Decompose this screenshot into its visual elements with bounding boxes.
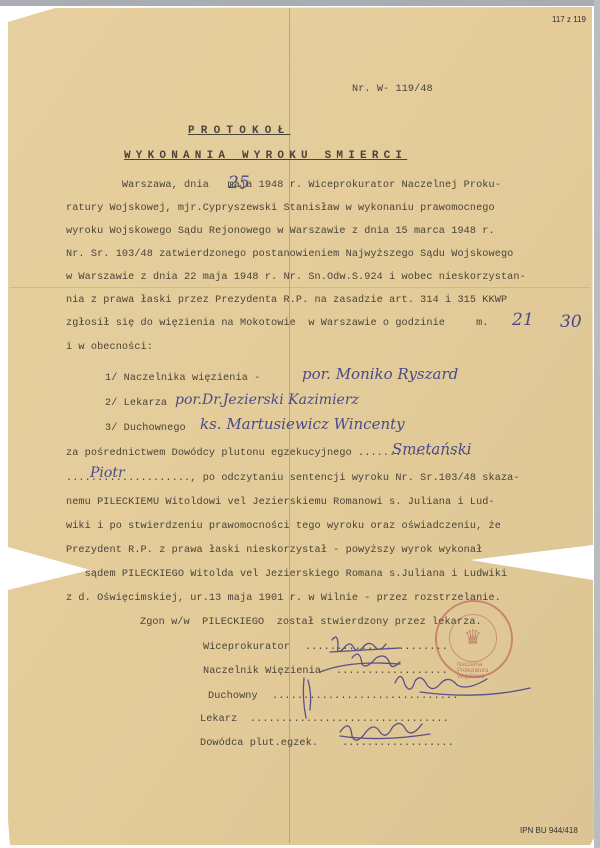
handwritten-hour: 21 [512,310,534,330]
body2-line-3: nemu PILECKIEMU Witoldowi vel Jezierskie… [66,497,495,508]
body-line-3: wyroku Wojskowego Sądu Rejonowego w Wars… [66,226,495,237]
document-title: PROTOKOŁ [188,125,290,137]
handwritten-priest: ks. Martusiewicz Wincenty [200,415,405,433]
body2-line-7: z d. Oświęcimskiej, ur.13 maja 1901 r. w… [66,593,501,604]
body-line-2: ratury Wojskowej, mjr.Cypryszewski Stani… [66,203,495,214]
presence-item-3: 3/ Duchownego [105,423,192,434]
signature-label-vice-prosecutor: Wiceprokurator [203,642,290,653]
handwritten-prison-chief: por. Moniko Ryszard [302,365,458,383]
archive-reference: IPN BU 944/418 [520,826,578,835]
presence-item-1: 1/ Naczelnika więzienia - [105,373,267,384]
body-line-4: Nr. Sr. 103/48 zatwierdzonego postanowie… [66,249,513,260]
handwritten-day: 25 [228,173,250,193]
body-line-7: zgłosił się do więzienia na Mokotowie w … [66,318,489,329]
document-subtitle: WYKONANIA WYROKU SMIERCI [124,150,407,162]
presence-item-2: 2/ Lekarza [105,398,173,409]
handwritten-squad-commander-name: Piotr [90,465,125,481]
fold-line-horizontal [10,287,590,288]
signature-label-priest: Duchowny [208,691,258,702]
body-line-6: nia z prawa łaski przez Prezydenta R.P. … [66,295,507,306]
document-page: 117 z 119 Nr. W- 119/48 PROTOKOŁ WYKONAN… [0,0,600,848]
body2-line-5: Prezydent R.P. z prawa łaski nieskorzyst… [66,545,482,556]
death-confirmation: Zgon w/w PILECKIEGO został stwierdzony p… [140,617,482,628]
handwritten-minute: 30 [560,312,582,332]
page-counter: 117 z 119 [552,15,586,24]
body2-line-6: sądem PILECKIEGO Witolda vel Jezierskieg… [66,569,507,580]
body-line-5: w Warszawie z dnia 22 maja 1948 r. Nr. S… [66,272,526,283]
body2-line-4: wiki i po stwierdzeniu prawomocności teg… [66,521,501,532]
handwritten-signatures [300,628,560,758]
body2-line-2: ...................., po odczytaniu sent… [66,473,520,484]
document-number: Nr. W- 119/48 [352,84,433,95]
signature-label-doctor: Lekarz [200,714,237,725]
body-line-8: i w obecności: [66,342,153,353]
handwritten-doctor: por.Dr.Jezierski Kazimierz [175,392,359,408]
body-line-1: Warszawa, dnia maja 1948 r. Wiceprokurat… [66,180,501,191]
handwritten-squad-commander: Smetański [392,440,472,458]
